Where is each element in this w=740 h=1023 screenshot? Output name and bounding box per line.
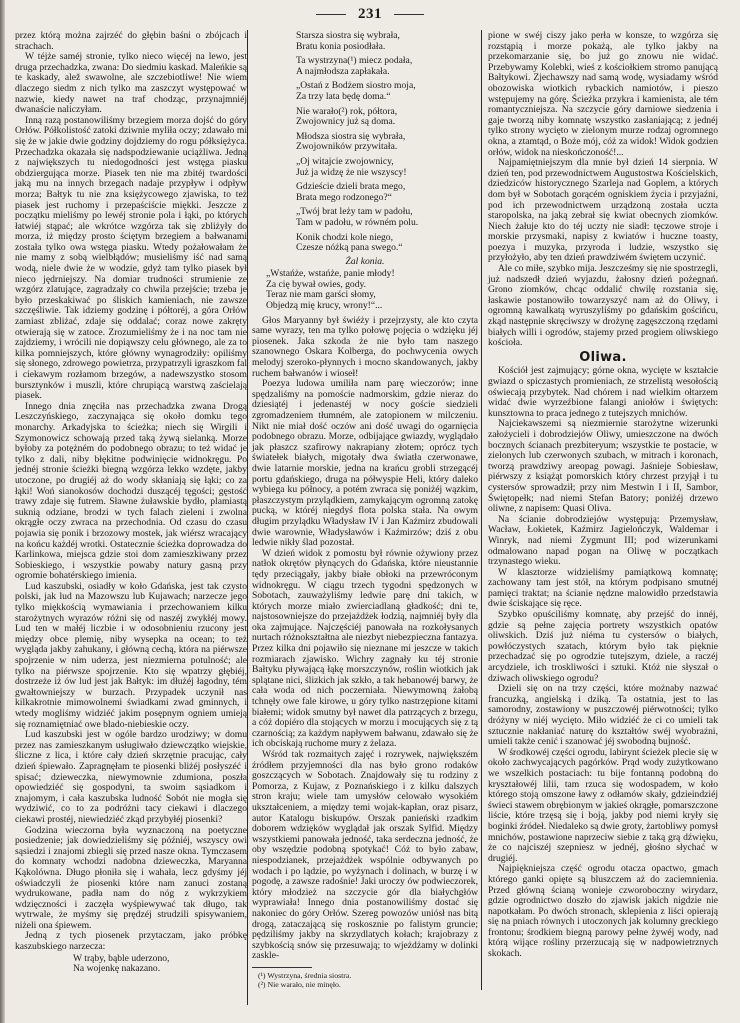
paragraph: Najciekawszemi są niezmiernie starożytne… — [488, 419, 718, 514]
footnote-separator — [252, 967, 312, 968]
verse-line: Starsza siostra się wybrała, — [296, 31, 478, 42]
verse-line: Już ja widzę że nie wszyscy! — [296, 168, 478, 179]
song-stanza: „Oj witajcie zwojownicy, Już ja widzę że… — [252, 157, 478, 178]
footnote: (²) Nie warało, nie minęło. — [252, 980, 478, 989]
paragraph: W téjże saméj stronie, tylko nieco więcé… — [15, 52, 247, 116]
paragraph: Najpiękniejsza część ogrodu otacza opact… — [488, 864, 718, 959]
paragraph: Na ścianie dobrodziejów występują: Przem… — [488, 515, 718, 568]
paragraph: Głos Maryanny był świéży i przejrzysty, … — [252, 316, 478, 380]
verse-line: Tam w padołu, w równém polu. — [296, 218, 478, 229]
paragraph: Kościół jest zajmujący; górne okna, wyci… — [488, 366, 718, 419]
paragraph: Poezya ludowa umiliła nam parę wieczorów… — [252, 379, 478, 549]
paragraph: Wśród tak rozmaitych zajęć i rozrywek, n… — [252, 750, 478, 962]
verse-line: Za trzy lata będę doma.“ — [296, 92, 478, 103]
verse-line: „Oj witajcie zwojownicy, — [296, 157, 478, 168]
song-opening-verse: W trąby, bąble uderzono, Na wojenkę naka… — [15, 954, 247, 975]
column-divider — [481, 30, 482, 990]
paragraph: Lud kaszubski jest w ogóle bardzo urodzi… — [15, 730, 247, 825]
verse-line: Objedzą mię krucy, wrony!“... — [266, 301, 478, 312]
verse-line: Zwojowników przywitała. — [296, 142, 478, 153]
verse-line: A najmłodsza zapłakała. — [296, 67, 478, 78]
paragraph: W środkowéj części ogrodu, labirynt ście… — [488, 748, 718, 865]
verse-line: Na wojenkę nakazano. — [73, 964, 247, 975]
page-header: 231 — [0, 4, 740, 24]
paragraph: Dzieli się on na trzy części, które możn… — [488, 684, 718, 748]
verse-line: Brata mego rodzonego?“ — [296, 193, 478, 204]
paragraph: Inną razą postanowiliśmy brzegiem morza … — [15, 116, 247, 402]
header-rule-right — [394, 14, 424, 15]
section-heading: Oliwa. — [488, 353, 718, 364]
song-stanza: Starsza siostra się wybrała, Bratu konia… — [252, 31, 478, 52]
left-column: przez którą można zajrzéć do głębin baśn… — [15, 31, 247, 975]
middle-column: Starsza siostra się wybrała, Bratu konia… — [252, 31, 478, 989]
paragraph: Innego dnia znęciła nas przechadzka zwan… — [15, 402, 247, 582]
verse-line: Czesze nóżką pana swego.“ — [296, 243, 478, 254]
paragraph: przez którą można zajrzéć do głębin baśn… — [15, 31, 247, 52]
song-subtitle: Żal konia. — [252, 257, 478, 268]
paragraph: Jedną z tych piosenek przytaczam, jako p… — [15, 931, 247, 952]
page-number: 231 — [358, 6, 382, 23]
column-divider — [247, 30, 248, 1005]
song-stanza: Konik chodzi kole niego, Czesze nóżką pa… — [252, 233, 478, 254]
song-stanza: Nie warało(²) rok, półtora, Zwojownicy j… — [252, 107, 478, 128]
paragraph: Najpamiętniejszym dla mnie był dzień 14 … — [488, 158, 718, 264]
document-page: 231 przez którą można zajrzéć do głębin … — [0, 0, 740, 1023]
header-rule-left — [316, 14, 346, 15]
song-stanza: Młodsza siostra się wybrała, Zwojowników… — [252, 132, 478, 153]
footnote: (¹) Wystrzyna, średnia siostra. — [252, 971, 478, 980]
paragraph: Godzina wieczorna była wyznaczoną na poe… — [15, 826, 247, 932]
right-column: pione w swéj ciszy jako perła w konsze, … — [488, 31, 718, 960]
paragraph: W klasztorze widzieliśmy pamiątkową komn… — [488, 568, 718, 610]
page-binding-edge — [0, 0, 5, 1023]
song-stanza: „Ostań z Bodżem siostro moja, Za trzy la… — [252, 81, 478, 102]
song-stanza: Ta wystrzyna(¹) miecz podała, A najmłods… — [252, 56, 478, 77]
song-stanza: Gdzieście dzieli brata mego, Brata mego … — [252, 182, 478, 203]
song-stanza: „Twój brat leży tam w padołu, Tam w pado… — [252, 207, 478, 228]
song-final-stanza: „Wstańże, wstańże, panie młody! Za cię b… — [252, 269, 478, 311]
paragraph: Szybko opuściliśmy komnatę, aby przejść … — [488, 610, 718, 684]
paragraph: Ale co miłe, szybko mija. Jeszcześmy się… — [488, 264, 718, 349]
paragraph: Lud kaszubski, osiadły w koło Gdańska, j… — [15, 582, 247, 730]
verse-line: Bratu konia posiodłała. — [296, 42, 478, 53]
verse-line: Zwojownicy już są doma. — [296, 117, 478, 128]
paragraph: pione w swéj ciszy jako perła w konsze, … — [488, 31, 718, 158]
paragraph: W dzień widok z pomostu był równie ożywi… — [252, 549, 478, 750]
